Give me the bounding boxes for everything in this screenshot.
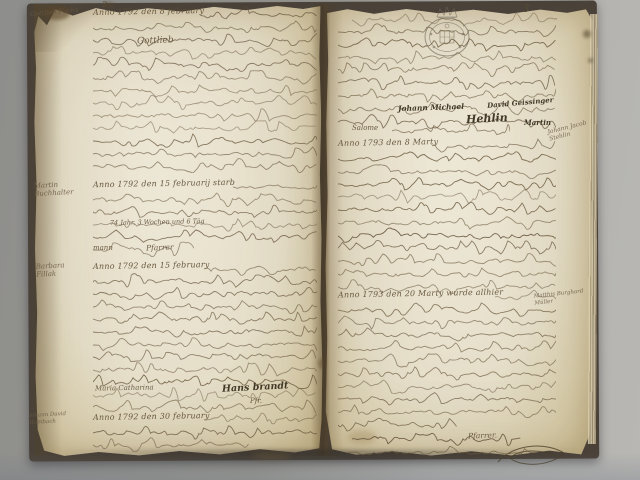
manuscript-line bbox=[338, 403, 556, 419]
manuscript-line bbox=[338, 314, 556, 330]
manuscript-line bbox=[338, 188, 556, 204]
legible-word: Pfarrer bbox=[146, 243, 174, 253]
manuscript-line bbox=[338, 252, 556, 268]
entry-opening: Anno 1793 den 20 Marty wurde allhier bbox=[338, 288, 503, 300]
manuscript-line bbox=[338, 239, 556, 255]
signature-word: Hans brandt bbox=[222, 380, 289, 394]
margin-note-line: Fillak bbox=[36, 270, 65, 280]
manuscript-line bbox=[338, 365, 556, 381]
manuscript-line bbox=[93, 323, 317, 339]
manuscript-line bbox=[93, 44, 317, 60]
manuscript-line bbox=[93, 298, 317, 314]
manuscript-line bbox=[93, 132, 317, 148]
manuscript-line bbox=[93, 336, 317, 352]
manuscript-line bbox=[204, 411, 317, 427]
legible-word: 74 Jahr, 3 Wochen und 6 Täg bbox=[110, 217, 205, 227]
signature-word: Hehlin bbox=[466, 111, 508, 126]
manuscript-line bbox=[346, 444, 536, 460]
entry-opening: Anno 1792 den 8 february bbox=[93, 6, 204, 17]
manuscript-line bbox=[352, 11, 557, 27]
manuscript-line bbox=[93, 56, 317, 72]
legible-word: Maria Catharina bbox=[95, 383, 154, 392]
margin-note: Johann DavidHambach bbox=[29, 411, 67, 426]
manuscript-line bbox=[338, 150, 556, 166]
legible-word: Gottlieb bbox=[137, 35, 174, 46]
manuscript-line bbox=[338, 49, 556, 65]
signature-word: David Geissinger bbox=[487, 95, 554, 110]
manuscript-line bbox=[93, 119, 317, 135]
manuscript-line bbox=[93, 82, 317, 98]
manuscript-line bbox=[93, 94, 317, 110]
manuscript-line bbox=[93, 157, 317, 173]
manuscript-line bbox=[93, 285, 317, 301]
manuscript-line bbox=[233, 178, 317, 194]
manuscript-line bbox=[93, 348, 317, 364]
manuscript-line bbox=[338, 227, 556, 243]
manuscript-line bbox=[93, 107, 317, 123]
manuscript-line bbox=[338, 36, 556, 52]
manuscript-line bbox=[204, 260, 317, 276]
manuscript-line bbox=[338, 214, 556, 230]
manuscript-line bbox=[432, 137, 556, 153]
entry-opening: Anno 1792 den 15 february bbox=[93, 260, 210, 271]
entry-opening: Anno 1793 den 8 Marty bbox=[338, 137, 438, 148]
entry-opening: Anno 1792 den 30 february bbox=[93, 411, 210, 422]
manuscript-line bbox=[93, 191, 317, 207]
margin-note-line: Gottlieb Fuchs bbox=[30, 7, 79, 19]
manuscript-line bbox=[338, 61, 556, 77]
handwriting-layer: Anno 1792 den 8 februaryAnno 1792 den 15… bbox=[0, 0, 640, 480]
manuscript-line bbox=[200, 6, 317, 22]
margin-note-line: Buchhalter bbox=[34, 188, 74, 198]
manuscript-line bbox=[338, 163, 556, 179]
manuscript-line bbox=[338, 23, 556, 39]
margin-note: BarbaraFillak bbox=[36, 261, 66, 279]
manuscript-line bbox=[93, 436, 250, 452]
signature-word: Johann Michael bbox=[398, 102, 464, 113]
manuscript-line bbox=[93, 310, 317, 326]
manuscript-line bbox=[93, 19, 317, 35]
manuscript-line bbox=[93, 203, 317, 219]
manuscript-line bbox=[338, 339, 556, 355]
manuscript-line bbox=[93, 69, 317, 85]
manuscript-line bbox=[338, 74, 556, 90]
signature-word: Martin bbox=[524, 118, 551, 127]
margin-note: Johann JacobStehlin bbox=[547, 119, 589, 143]
margin-note: Gottlieb Fuchs bbox=[30, 7, 79, 19]
manuscript-line bbox=[338, 301, 556, 317]
manuscript-line bbox=[338, 390, 556, 406]
entry-opening: Anno 1792 den 15 februarij starb bbox=[93, 178, 235, 189]
manuscript-line bbox=[338, 201, 556, 217]
manuscript-line bbox=[93, 273, 317, 289]
manuscript-line bbox=[93, 31, 317, 47]
legible-word: Salome bbox=[352, 124, 378, 132]
manuscript-line bbox=[93, 145, 317, 161]
legible-word: Pfr. bbox=[250, 397, 262, 405]
manuscript-line bbox=[93, 228, 317, 244]
manuscript-line bbox=[338, 326, 556, 342]
margin-note: Matthis BurghardMüller bbox=[533, 288, 584, 306]
manuscript-line bbox=[93, 424, 317, 440]
margin-note-line: Hambach bbox=[29, 418, 67, 427]
manuscript-line bbox=[338, 175, 556, 191]
manuscript-line bbox=[93, 361, 317, 377]
manuscript-line bbox=[338, 265, 556, 281]
manuscript-line bbox=[338, 352, 556, 368]
manuscript-line bbox=[338, 416, 458, 432]
scanned-register-spread: 2 3 ·: Anno 1792 den 8 februaryAnno 1792… bbox=[0, 0, 640, 480]
legible-word: Pfarrer. bbox=[468, 430, 497, 440]
margin-note: MartinBuchhalter bbox=[34, 180, 74, 199]
legible-word: mann bbox=[93, 244, 113, 252]
manuscript-line bbox=[338, 378, 556, 394]
